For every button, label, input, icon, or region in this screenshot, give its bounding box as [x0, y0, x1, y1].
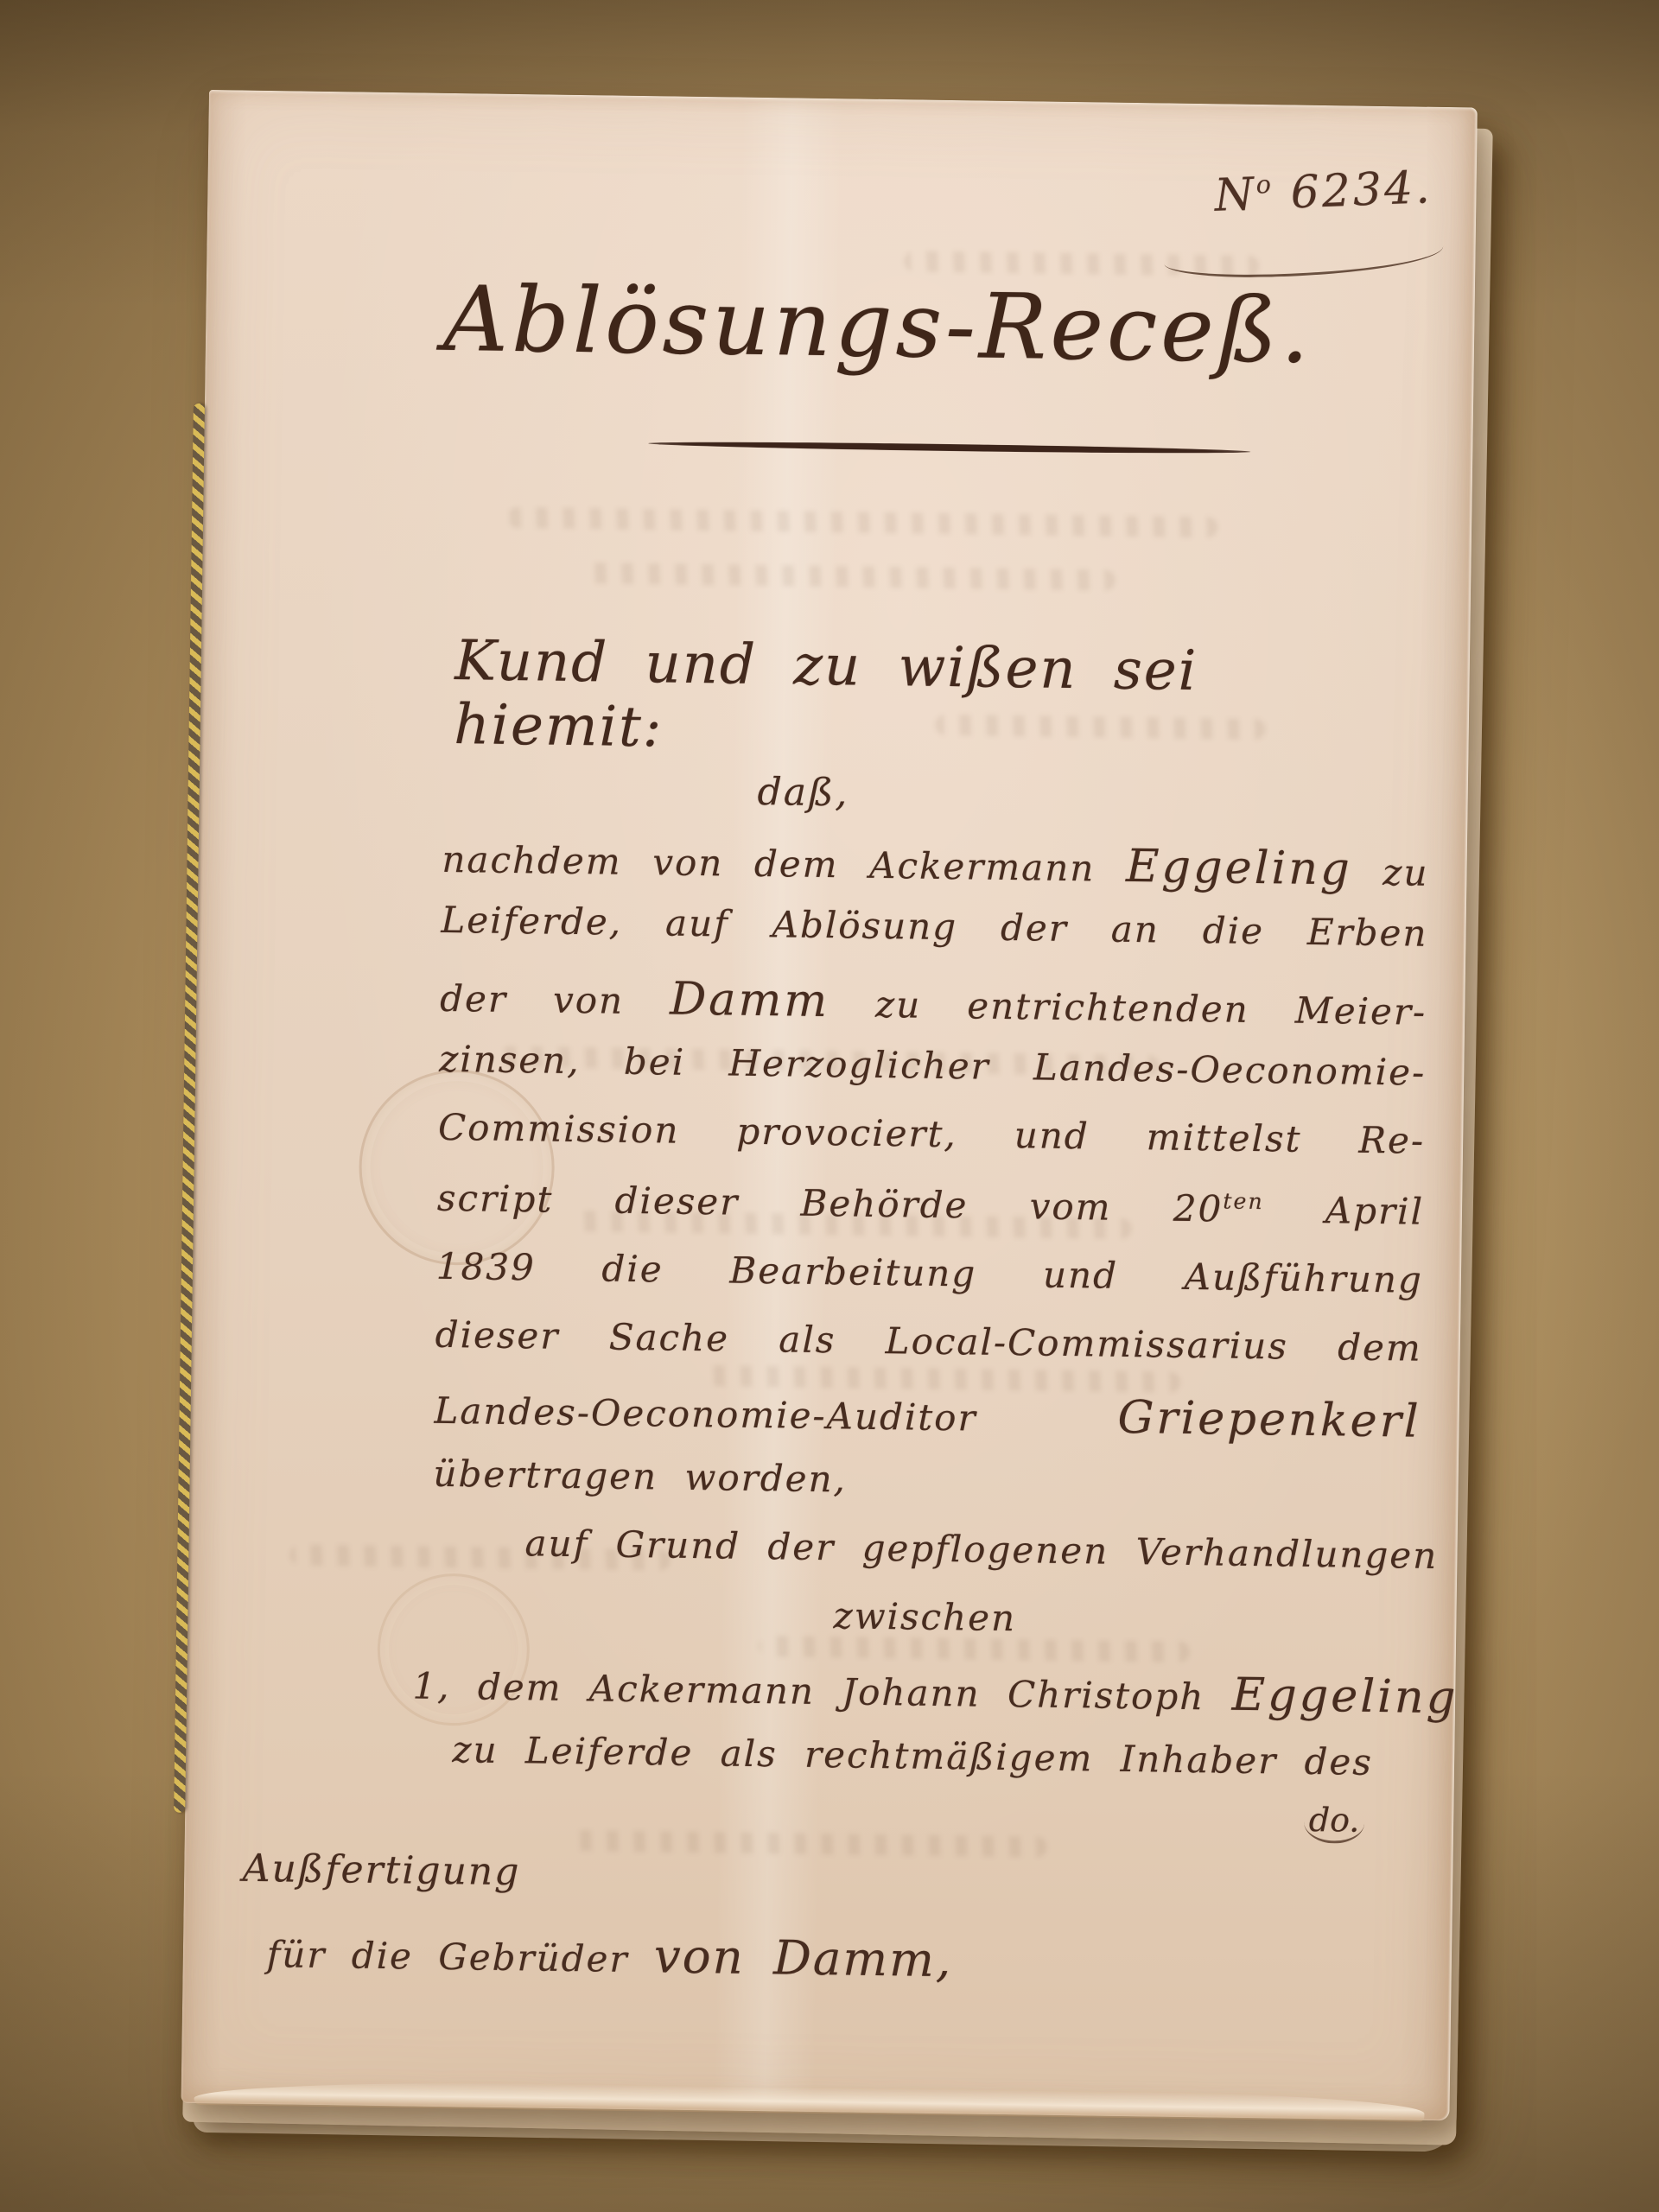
body-text: zu entrichtenden Meier-	[829, 982, 1427, 1033]
name-griepenkerl: Griepenkerl	[1117, 1391, 1421, 1448]
body-line: Landes-Oeconomie-Auditor Griepenkerl	[434, 1382, 1421, 1448]
bleed-through-text	[565, 1830, 1047, 1858]
photo-of-document: No 6234. Ablösungs-Receß. Kund und zu wi…	[0, 0, 1659, 2212]
body-text: script dieser Behörde vom 20	[437, 1176, 1224, 1230]
body-line: 1, dem Ackermann Johann Christoph Eggeli…	[412, 1657, 1417, 1724]
document-number-prefix: N	[1213, 168, 1257, 222]
body-line: 1839 die Bearbeitung und Außführung	[436, 1245, 1424, 1301]
name-damm: Damm	[670, 972, 830, 1027]
document-title: Ablösungs-Receß.	[205, 263, 1475, 385]
docket-text: für die Gebrüder	[266, 1933, 654, 1980]
name-von-damm: von Damm,	[653, 1929, 952, 1988]
body-line: Commission provociert, und mittelst Re-	[438, 1106, 1426, 1162]
body-line: Leiferde, auf Ablösung der an die Erben	[441, 899, 1428, 955]
body-text: nachdem von dem Ackermann	[442, 838, 1126, 890]
document-number-value: 6234.	[1289, 162, 1433, 219]
document-page: No 6234. Ablösungs-Receß. Kund und zu wi…	[181, 90, 1477, 2120]
body-line: dieser Sache als Local-Commissarius dem	[435, 1313, 1422, 1370]
body-line: zwischen	[431, 1589, 1419, 1645]
name-eggeling: Eggeling	[1126, 840, 1352, 896]
embossed-seal	[358, 1069, 556, 1267]
bleed-through-text	[582, 563, 1116, 591]
bleed-through-text	[507, 507, 1217, 537]
title-underline	[648, 441, 1250, 456]
body-text: 1, dem Ackermann Johann Christoph	[412, 1665, 1232, 1719]
body-line: nachdem von dem Ackermann Eggeling zu	[442, 830, 1429, 897]
body-line: zinsen, bei Herzoglicher Landes-Oeconomi…	[439, 1038, 1427, 1094]
body-line: zu Leiferde als rechtmäßigem Inhaber des	[452, 1728, 1366, 1783]
document-number: No 6234.	[1213, 162, 1433, 222]
body-text: der von	[440, 976, 671, 1022]
body-line: der von Damm zu entrichtenden Meier-	[440, 969, 1427, 1035]
document-number-superscript: o	[1255, 169, 1274, 200]
name-eggeling: Eggeling	[1231, 1669, 1458, 1725]
document-number-flourish	[1164, 231, 1444, 279]
body-text: April	[1263, 1188, 1424, 1233]
body-text: zu	[1351, 850, 1429, 893]
binding-cord	[174, 404, 205, 1813]
docket-line: für die Gebrüder von Damm,	[266, 1923, 952, 1987]
catchword: do.	[1303, 1801, 1364, 1844]
body-line: übertragen worden,	[433, 1452, 1421, 1509]
docket-line: Außfertigung	[242, 1846, 520, 1893]
ordinal-superscript: ten	[1223, 1188, 1264, 1214]
opening-conjunction: daß,	[757, 770, 849, 815]
opening-formula: Kund und zu wißen sei hiemit:	[454, 629, 1420, 771]
body-text: Landes-Oeconomie-Auditor	[434, 1389, 1118, 1441]
